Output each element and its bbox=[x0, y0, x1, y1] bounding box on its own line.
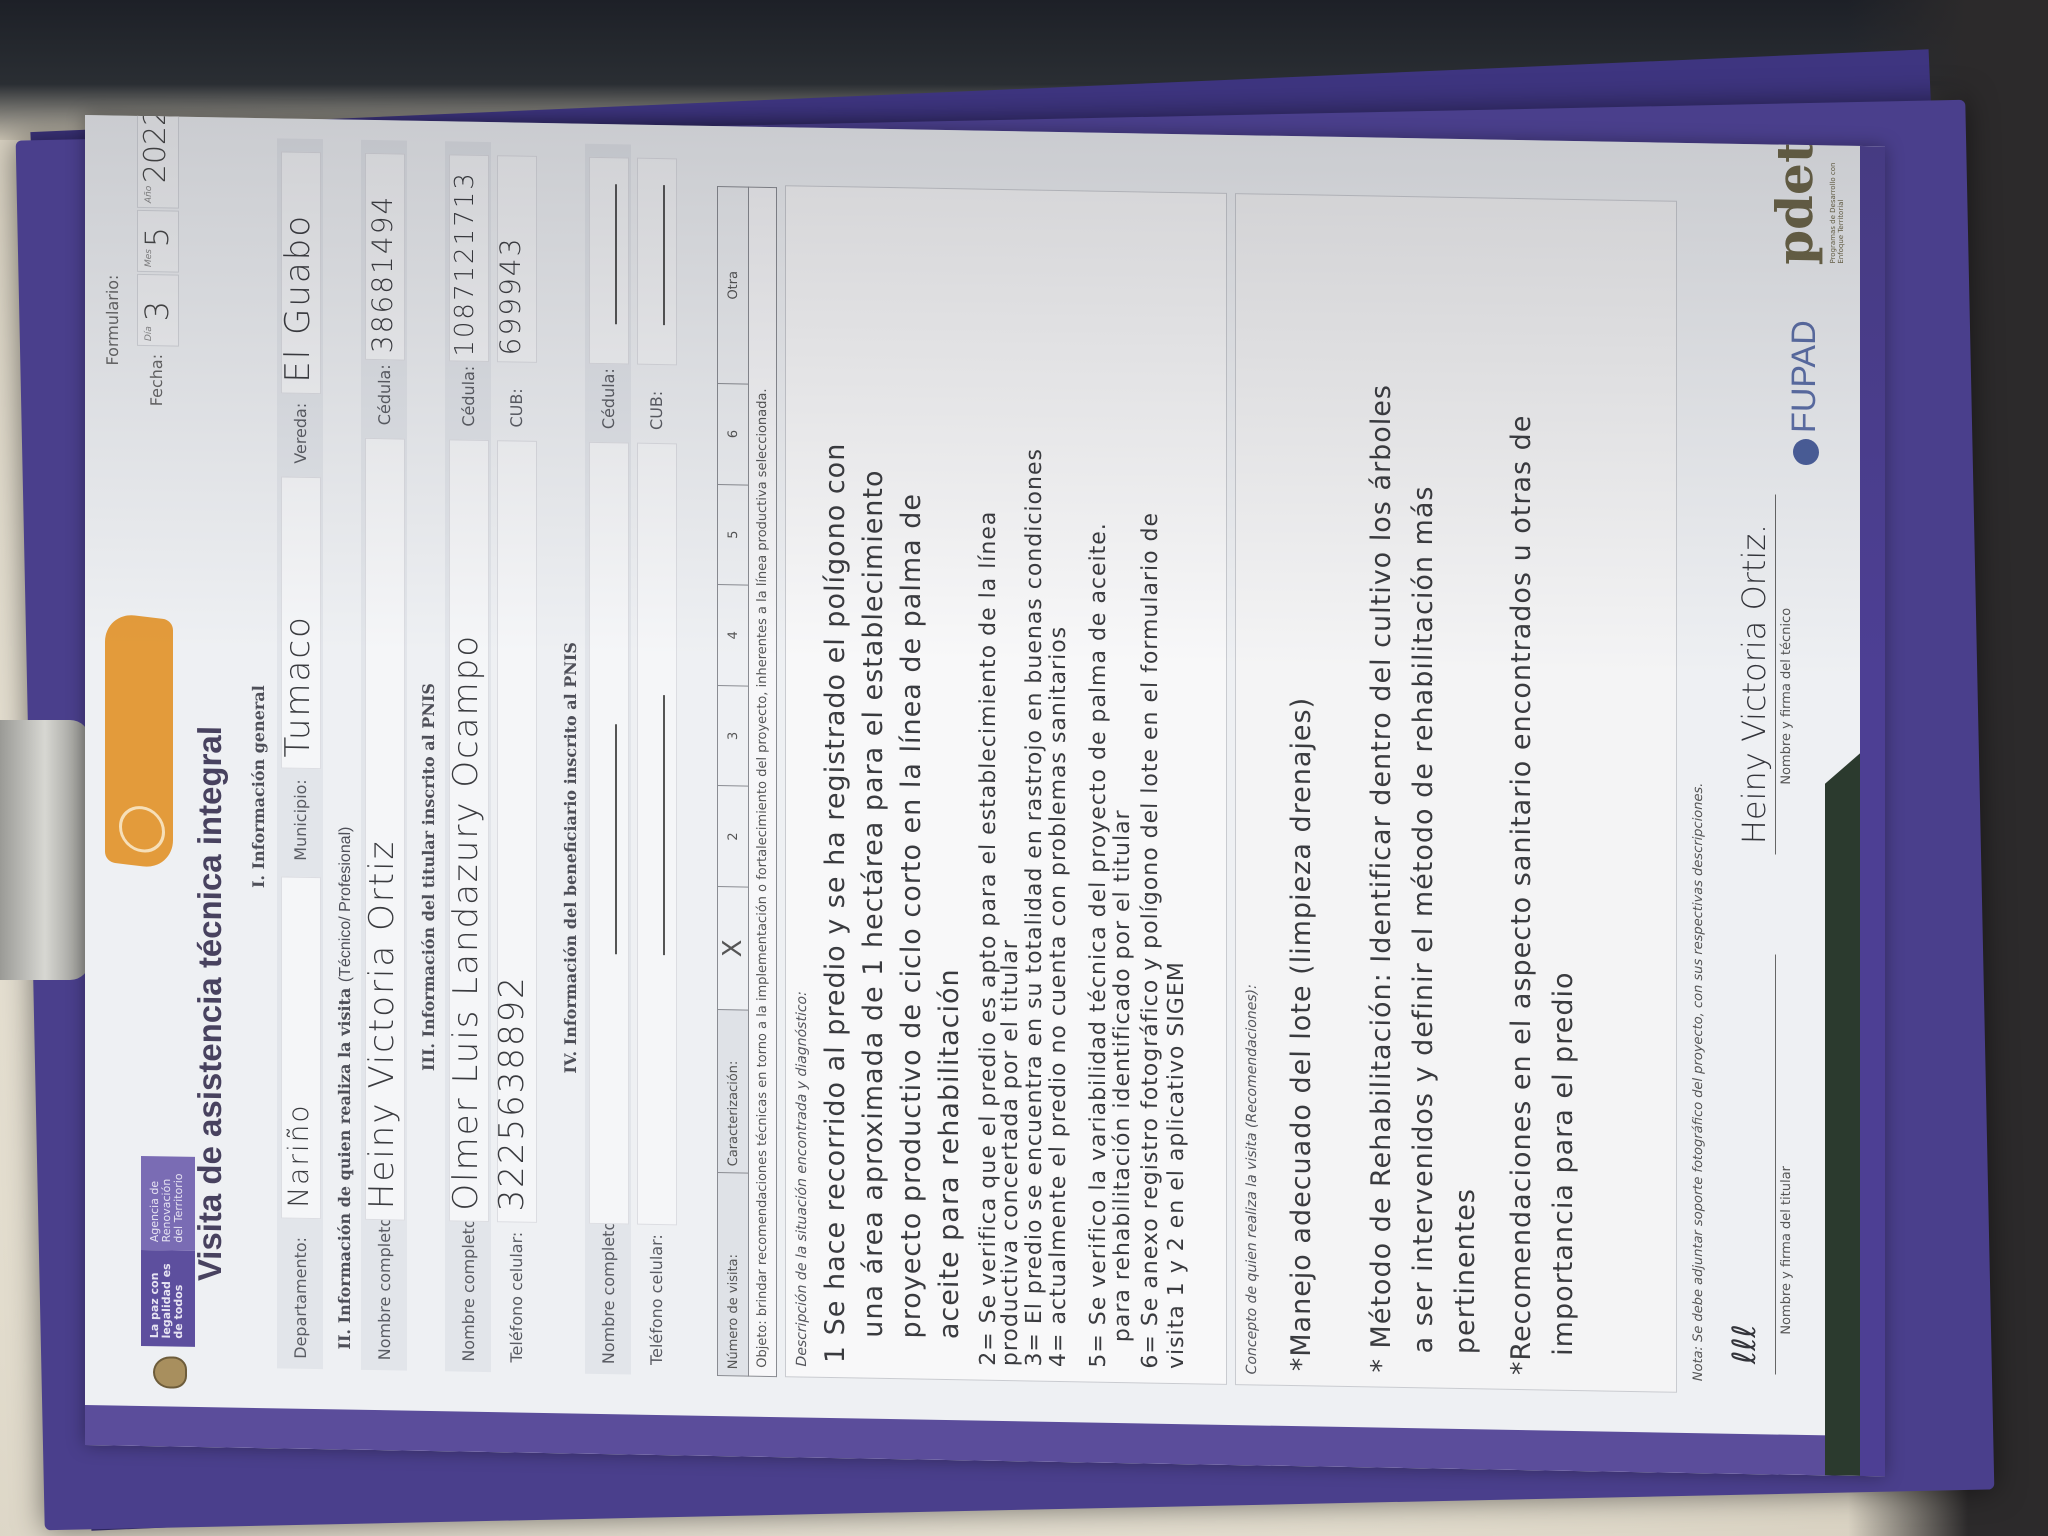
titular-cedula-value: 1087121713 bbox=[450, 171, 480, 357]
tecnico-nombre-field[interactable]: Heiny Victoria Ortiz bbox=[365, 438, 405, 1221]
numero-visita-label: Número de visita: bbox=[718, 1173, 749, 1377]
descripcion-line: visita 1 y 2 en el aplicativo SIGEM bbox=[1164, 961, 1189, 1369]
beneficiario-cedula-label: Cédula: bbox=[599, 368, 618, 429]
descripcion-line: proyecto productivo de ciclo corto en la… bbox=[896, 493, 927, 1339]
section-4-title: IV. Información del beneficiario inscrit… bbox=[561, 642, 580, 1074]
descripcion-line: aceite para rehabilitación bbox=[934, 968, 965, 1339]
beneficiario-telefono-field[interactable] bbox=[637, 443, 677, 1226]
page-title: Visita de asistencia técnica integral bbox=[191, 726, 229, 1282]
anio-value: 2022 bbox=[138, 115, 173, 184]
mes-value: 5 bbox=[138, 227, 176, 248]
visita-option-5[interactable]: 5 bbox=[718, 484, 749, 585]
beneficiario-cub-field[interactable] bbox=[637, 158, 677, 366]
titular-cub-value: 699943 bbox=[494, 236, 527, 355]
recomendacion-line: pertinentes bbox=[1450, 1188, 1481, 1355]
pdet-logo: pdet bbox=[1765, 139, 1824, 265]
departamento-label: Departamento: bbox=[291, 1237, 310, 1359]
municipio-field[interactable]: Tumaco bbox=[281, 476, 321, 769]
caracterizacion-label: Caracterización: bbox=[718, 1010, 749, 1174]
municipio-label: Municipio: bbox=[291, 779, 310, 861]
titular-signature-line bbox=[1775, 954, 1776, 1374]
recomendacion-line: * Método de Rehabilitación: Identificar … bbox=[1366, 384, 1397, 1373]
dia-label: Día bbox=[144, 326, 154, 341]
blank-strike bbox=[663, 185, 665, 325]
titular-nombre-value: Olmer Luis Landazury Ocampo bbox=[446, 634, 486, 1211]
recomendacion-line: importancia para el predio bbox=[1548, 971, 1579, 1356]
recomendacion-line: a ser intervenidos y definir el método d… bbox=[1408, 485, 1439, 1353]
dia-value: 3 bbox=[138, 301, 176, 322]
descripcion-line: productiva concertada por el titular bbox=[998, 939, 1023, 1366]
form-sheet: La paz con legalidad es de todos Agencia… bbox=[85, 115, 1885, 1476]
section-3-title: III. Información del titular inscrito al… bbox=[419, 683, 438, 1071]
tecnico-cedula-label: Cédula: bbox=[375, 364, 394, 425]
fupad-text: FUPAD bbox=[1785, 320, 1823, 433]
visita-option-otra[interactable]: Otra bbox=[718, 187, 749, 384]
mes-label: Mes bbox=[144, 249, 154, 267]
fecha-anio-field[interactable]: Año 2022 bbox=[137, 115, 179, 209]
visita-option-4[interactable]: 4 bbox=[718, 585, 749, 686]
fecha-label: Fecha: bbox=[147, 354, 166, 407]
vereda-field[interactable]: El Guabo bbox=[281, 151, 321, 394]
visita-option-2[interactable]: 2 bbox=[718, 786, 749, 887]
row-beneficiario-1: Nombre completo: Cédula: bbox=[585, 144, 631, 1375]
visita-option-3[interactable]: 3 bbox=[718, 685, 749, 786]
beneficiario-telefono-label: Teléfono celular: bbox=[647, 1234, 666, 1365]
government-logo: La paz con legalidad es de todos Agencia… bbox=[141, 1156, 195, 1347]
pdet-subtitle: Programas de Desarrollo con Enfoque Terr… bbox=[1829, 145, 1845, 263]
form-sheet-rotated: La paz con legalidad es de todos Agencia… bbox=[85, 115, 1885, 1476]
titular-signature: ℓℓℓ bbox=[1725, 1324, 1763, 1364]
section-2-title: II. Información de quien realiza la visi… bbox=[335, 826, 355, 1349]
tecnico-signature-caption: Nombre y firma del técnico bbox=[1779, 608, 1794, 785]
titular-cub-label: CUB: bbox=[507, 388, 526, 428]
municipio-value: Tumaco bbox=[278, 615, 318, 758]
beneficiario-cub-label: CUB: bbox=[647, 391, 666, 431]
descripcion-line: 3= El predio se encuentra en su totalida… bbox=[1022, 448, 1047, 1367]
nota-text: Nota: Se debe adjuntar soporte fotográfi… bbox=[1691, 783, 1706, 1382]
titular-nombre-field[interactable]: Olmer Luis Landazury Ocampo bbox=[449, 439, 489, 1222]
blank-strike bbox=[615, 184, 617, 324]
titular-telefono-label: Teléfono celular: bbox=[507, 1232, 526, 1363]
titular-telefono-value: 3225638892 bbox=[492, 975, 532, 1212]
titular-cub-field[interactable]: 699943 bbox=[497, 155, 537, 363]
titular-cedula-label: Cédula: bbox=[459, 366, 478, 427]
blank-strike bbox=[615, 724, 617, 954]
gov-slogan: La paz con legalidad es de todos bbox=[141, 1250, 195, 1347]
row-titular-2: Teléfono celular: 3225638892 CUB: 699943 bbox=[493, 142, 539, 1373]
beneficiario-nombre-field[interactable] bbox=[589, 442, 629, 1225]
titular-telefono-field[interactable]: 3225638892 bbox=[497, 440, 537, 1223]
departamento-value: Nariño bbox=[282, 1103, 315, 1208]
row-titular-1: Nombre completo: Olmer Luis Landazury Oc… bbox=[445, 141, 491, 1372]
descripcion-line: para rehabilitación identificado por el … bbox=[1110, 809, 1135, 1342]
vereda-value: El Guabo bbox=[278, 214, 318, 384]
beneficiario-nombre-label: Nombre completo: bbox=[599, 1215, 618, 1364]
row-tecnico: Nombre completo: Heiny Victoria Ortiz Cé… bbox=[361, 140, 407, 1371]
descripcion-label: Descripción de la situación encontrada y… bbox=[794, 991, 810, 1367]
blank-strike bbox=[663, 695, 665, 955]
section-2-title-text: II. Información de quien realiza la visi… bbox=[335, 988, 354, 1350]
departamento-field[interactable]: Nariño bbox=[281, 876, 321, 1219]
visita-table: Número de visita: Caracterización: X 2 3… bbox=[717, 186, 749, 1377]
beneficiario-cedula-field[interactable] bbox=[589, 157, 629, 365]
fecha-mes-field[interactable]: Mes 5 bbox=[137, 210, 179, 273]
descripcion-line: 5= Se verifico la variabilidad técnica d… bbox=[1086, 522, 1111, 1368]
objeto-text: Objeto: brindar recomendaciones técnicas… bbox=[749, 187, 777, 1377]
titular-nombre-label: Nombre completo: bbox=[459, 1213, 478, 1362]
vereda-label: Vereda: bbox=[291, 403, 310, 464]
tecnico-signature: Heiny Victoria Ortiz. bbox=[1735, 523, 1773, 844]
recomendaciones-box[interactable]: Concepto de quien realiza la visita (Rec… bbox=[1235, 193, 1677, 1393]
coat-of-arms-icon bbox=[153, 1356, 187, 1389]
descripcion-line: una área aproximada de 1 hectárea para e… bbox=[858, 469, 889, 1338]
row-info-general: Departamento: Nariño Municipio: Tumaco V… bbox=[277, 138, 323, 1369]
recomendacion-line: *Manejo adecuado del lote (limpieza dren… bbox=[1286, 697, 1317, 1372]
tecnico-nombre-value: Heiny Victoria Ortiz bbox=[362, 839, 402, 1209]
spiral-icon bbox=[119, 803, 165, 855]
tecnico-cedula-field[interactable]: 38681494 bbox=[365, 153, 405, 361]
titular-signature-caption: Nombre y firma del titular bbox=[1779, 1166, 1794, 1335]
tecnico-nombre-label: Nombre completo: bbox=[375, 1211, 394, 1360]
recomendaciones-label: Concepto de quien realiza la visita (Rec… bbox=[1244, 984, 1260, 1374]
descripcion-line: 4= actualmente el predio no cuenta con p… bbox=[1046, 626, 1071, 1368]
pnis-logo bbox=[105, 612, 173, 870]
tecnico-signature-line bbox=[1775, 494, 1776, 854]
formulario-label: Formulario: bbox=[103, 274, 122, 365]
fecha-dia-field[interactable]: Día 3 bbox=[137, 274, 179, 347]
row-beneficiario-2: Teléfono celular: CUB: bbox=[633, 145, 679, 1376]
section-1-title: I. Información general bbox=[249, 685, 268, 888]
tecnico-cedula-value: 38681494 bbox=[366, 194, 399, 353]
titular-cedula-field[interactable]: 1087121713 bbox=[449, 154, 489, 362]
globe-icon bbox=[1793, 439, 1819, 465]
descripcion-line: 6= Se anexo registro fotográfico y políg… bbox=[1138, 512, 1163, 1369]
visita-option-6[interactable]: 6 bbox=[718, 383, 749, 484]
descripcion-line: 1 Se hace recorrido al predio y se ha re… bbox=[820, 442, 851, 1363]
recomendacion-line: *Recomendaciones en el aspecto sanitario… bbox=[1506, 414, 1537, 1375]
footer-purple-band bbox=[1860, 146, 1885, 1476]
form-header: La paz con legalidad es de todos Agencia… bbox=[85, 115, 245, 1408]
anio-label: Año bbox=[144, 186, 154, 204]
agency-name: Agencia de Renovación del Territorio bbox=[141, 1156, 195, 1251]
clipboard-clip bbox=[0, 720, 90, 980]
section-2-title-suffix: (Técnico/ Profesional) bbox=[337, 826, 354, 982]
descripcion-box[interactable]: Descripción de la situación encontrada y… bbox=[785, 185, 1227, 1385]
caracterizacion-checkbox[interactable]: X bbox=[718, 887, 749, 1011]
fupad-logo: FUPAD bbox=[1785, 320, 1824, 465]
